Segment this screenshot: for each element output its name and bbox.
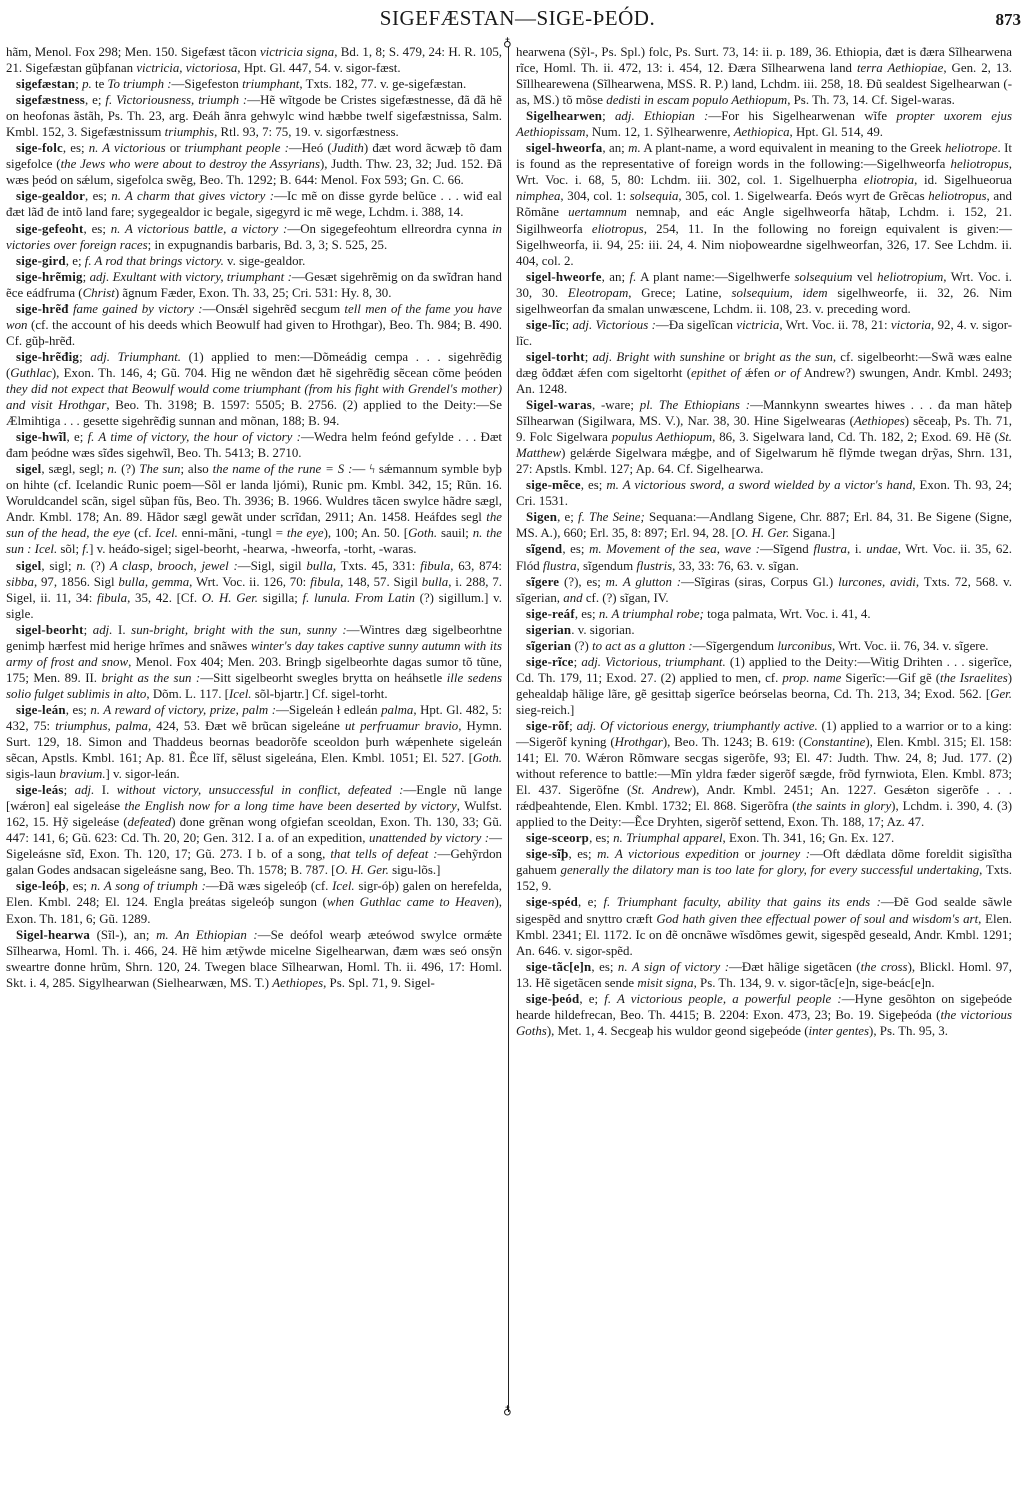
running-head-title: SIGEFÆSTAN—SIGE-ÞEÓD.	[0, 6, 1035, 31]
italic-text: n.	[76, 559, 86, 573]
italic-text: triumphus, palma	[55, 719, 148, 733]
italic-text: n.	[108, 462, 118, 476]
italic-text: the eye	[287, 526, 324, 540]
italic-text: adj. Victorious :	[572, 318, 655, 332]
italic-text: m. A victorious expedition	[597, 847, 739, 861]
entry-text: —Sigeleán ł edleán	[276, 703, 381, 717]
headword: sigel	[16, 462, 41, 476]
entry-text: ǽfen	[740, 366, 774, 380]
headword: sige-hrẽmig	[16, 270, 83, 284]
entry-text: (?), es;	[559, 575, 605, 589]
italic-text: uertamnum	[568, 205, 627, 219]
entry-text: , Grece; Latine,	[628, 286, 731, 300]
dictionary-entry: sige-tãc[e]n, es; n. A sign of victory :…	[516, 959, 1012, 991]
headword: sĩgerian	[526, 639, 571, 653]
entry-continuation: hãm, Menol. Fox 298; Men. 150. Sigefæst …	[6, 44, 502, 76]
italic-text: bright as the sun	[744, 350, 833, 364]
italic-text: f. Victoriousness, triumph :	[105, 93, 247, 107]
entry-text: sõl-bjartr.] Cf. sigel-torht.	[252, 687, 388, 701]
dictionary-entry: sige-hrẽđig; adj. Triumphant. (1) applie…	[6, 349, 502, 429]
italic-text: adj. Ethiopian :	[615, 109, 708, 123]
headword: Sigel-hearwa	[16, 928, 90, 942]
italic-text: victricia	[736, 318, 779, 332]
italic-text: undae	[866, 542, 898, 556]
entry-text: , es;	[562, 542, 589, 556]
headword: sigel	[16, 559, 41, 573]
headword: sĩgere	[526, 575, 559, 589]
dictionary-entry: sige-leán, es; n. A reward of victory, p…	[6, 702, 502, 782]
entry-text: , Rtl. 93, 7: 75, 19. v. sigorfæstness.	[214, 125, 399, 139]
entry-text: ;	[79, 350, 90, 364]
entry-text: , Ps. Th. 73, 14. Cf. Sigel-waras.	[787, 93, 955, 107]
italic-text: victricia, victoriosa	[136, 61, 237, 75]
dictionary-entry: sigel-torht; adj. Bright with sunshine o…	[516, 349, 1012, 397]
headword: sigel-torht	[526, 350, 585, 364]
headword: Sigel-waras	[526, 398, 592, 412]
italic-text: generally the dilatory man is too late f…	[561, 863, 980, 877]
entry-text: ), Exon. Th. 146, 4; Gũ. 704. Hig ne wẽn…	[52, 366, 502, 380]
dictionary-entry: sĩgere (?), es; m. A glutton :—Sĩgiras (…	[516, 574, 1012, 606]
entry-text: —Sigl, sigil	[238, 559, 307, 573]
entry-text: . v. sigorian.	[571, 623, 634, 637]
italic-text: ut perfruamur bravio	[345, 719, 458, 733]
italic-text: fibula	[310, 575, 340, 589]
entry-text: , id. Sigelhueorua	[914, 173, 1012, 187]
dictionary-entry: sige-sĩþ, es; m. A victorious expedition…	[516, 846, 1012, 894]
entry-text: , 97, 1856. Sigl	[34, 575, 118, 589]
entry-text: , e;	[578, 895, 604, 909]
italic-text: n. A reward of victory, prize, palm :	[90, 703, 276, 717]
italic-text: lurconibus	[777, 639, 832, 653]
dictionary-entry: sige-rĩce; adj. Victorious, triumphant. …	[516, 654, 1012, 718]
entry-text: , es;	[568, 847, 597, 861]
entry-text: —For his Sigelhearwenan wĩfe	[708, 109, 896, 123]
italic-text: Goth.	[408, 526, 437, 540]
headword: Sigelhearwen	[526, 109, 602, 123]
entry-text: ), Beo. Th. 1243; B. 619: (	[663, 735, 803, 749]
italic-text: heliotrope	[945, 141, 998, 155]
entry-text: sigilla;	[258, 591, 302, 605]
headword: sige-leán	[16, 703, 66, 717]
italic-text: the saints in glory	[796, 799, 891, 813]
entry-text: ) ãgnum Fæder, Exon. Th. 33, 25; Cri. 53…	[115, 286, 392, 300]
italic-text: eliotropia	[864, 173, 914, 187]
italic-text: f. Triumphant faculty, ability that gain…	[603, 895, 880, 909]
entry-text: hãm, Menol. Fox 298; Men. 150. Sigefæst …	[6, 45, 260, 59]
dictionary-entry: sigel-hweorfa, an; m. A plant-name, a wo…	[516, 140, 1012, 268]
dictionary-entry: sige-gird, e; f. A rod that brings victo…	[6, 253, 502, 269]
dictionary-entry: sige-hwĩl, e; f. A time of victory, the …	[6, 429, 502, 461]
italic-text: dedisti in escam populo Aethiopum	[606, 93, 787, 107]
entry-text: , 424, 53. Đæt wẽ brũcan sigeleáne	[148, 719, 345, 733]
italic-text: Icel.	[332, 879, 355, 893]
entry-text: , Exon. Th. 341, 16; Gn. Ex. 127.	[723, 831, 895, 845]
italic-text: flustra	[813, 542, 847, 556]
italic-text: Icel.	[155, 526, 178, 540]
dictionary-entry: Sigen, e; f. The Seine; Sequana:—Andlang…	[516, 509, 1012, 541]
italic-text: adj.	[93, 623, 113, 637]
italic-text: m. A glutton :	[606, 575, 681, 589]
italic-text: bravium.	[59, 767, 105, 781]
headword: sige-gird	[16, 254, 66, 268]
entry-text: , es;	[84, 222, 111, 236]
ornament-icon: ♁	[503, 1404, 512, 1416]
headword: sigerian	[526, 623, 571, 637]
italic-text: victricia signa	[260, 45, 334, 59]
entry-text: , 33, 33: 76, 63. v. sĩgan.	[672, 559, 799, 573]
entry-text: —Sĩgiras (siras, Corpus Gl.)	[681, 575, 838, 589]
italic-text: unattended by victory :	[369, 831, 489, 845]
italic-text: lurcones, avidi	[838, 575, 916, 589]
italic-text: adj. Victorious, triumphant.	[581, 655, 725, 669]
entry-text: , e;	[579, 992, 604, 1006]
italic-text: heliotropium	[877, 270, 943, 284]
italic-text: The sun	[139, 462, 180, 476]
entry-text: , 148, 57. Sigil	[340, 575, 422, 589]
headword: sige-sĩþ	[526, 847, 568, 861]
entry-text: ), 100; An. 50. [	[324, 526, 409, 540]
italic-text: palma	[381, 703, 413, 717]
italic-text: Eleotropam	[568, 286, 628, 300]
entry-text: (Sĩl-), an;	[90, 928, 156, 942]
entry-text: —Đa sigelĩcan	[656, 318, 736, 332]
italic-text: or of	[774, 366, 800, 380]
headword: sige-spéd	[526, 895, 578, 909]
dictionary-entry: sigerian. v. sigorian.	[516, 622, 1012, 638]
entry-text: ), Ps. Th. 95, 3.	[869, 1024, 948, 1038]
italic-text: O. H. Ger.	[335, 863, 388, 877]
entry-text: toga palmata, Wrt. Voc. i. 41, 4.	[704, 607, 871, 621]
entry-text: , 86, 3. Sigelwara land, Cd. Th. 182, 2;…	[712, 430, 999, 444]
italic-text: when Guthlac came to Heaven	[327, 895, 495, 909]
entry-text: (?)	[86, 559, 110, 573]
headword: sige-leás	[16, 783, 64, 797]
italic-text: fibula	[97, 591, 127, 605]
dictionary-entry: sigel, sægl, segl; n. (?) The sun; also …	[6, 461, 502, 557]
italic-text: Judith	[332, 141, 364, 155]
dictionary-entry: sige-hrẽđ fame gained by victory :—Onsǽl…	[6, 301, 502, 349]
entry-text: , Wrt. Voc. ii. 76, 34. v. sĩgere.	[832, 639, 989, 653]
italic-text: prop. name	[782, 671, 841, 685]
entry-text: (cf. the account of his deeds which Beow…	[6, 318, 502, 348]
entry-text: (?)	[571, 639, 592, 653]
entry-text: , es;	[66, 879, 91, 893]
entry-text: ;	[602, 109, 615, 123]
page-header: SIGEFÆSTAN—SIGE-ÞEÓD. 873	[0, 4, 1035, 32]
italic-text: m. An Ethiopian :	[156, 928, 258, 942]
headword: sigel-hweorfa	[526, 141, 602, 155]
entry-text: , 63, 874:	[450, 559, 502, 573]
italic-text: bulla, gemma	[118, 575, 189, 589]
italic-text: Hrothgar	[615, 735, 663, 749]
dictionary-entry: sige-leóþ, es; n. A song of triumph :—Đã…	[6, 878, 502, 926]
italic-text: epithet of	[691, 366, 740, 380]
italic-text: adj.	[75, 783, 95, 797]
entry-text: sieg-reich.]	[516, 703, 574, 717]
entry-text: ] v. heáđo-sigel; sigel-beorht, -hearwa,…	[89, 542, 416, 556]
entry-text: (?)	[117, 462, 139, 476]
headword: sige-sceorp	[526, 831, 589, 845]
entry-text: —Onsǽl sigehrẽđ secgum	[203, 302, 345, 316]
entry-text: ] v. sigor-leán.	[106, 767, 180, 781]
entry-text: or	[739, 847, 761, 861]
entry-text: , 35, 42. [Cf.	[127, 591, 202, 605]
entry-text: vel	[853, 270, 878, 284]
italic-text: without victory, unsuccessful in conflic…	[117, 783, 404, 797]
entry-text: , Hpt. Gl. 447, 54. v. sigor-fæst.	[237, 61, 400, 75]
italic-text: sibba	[6, 575, 34, 589]
dictionary-entry: sige-leás; adj. I. without victory, unsu…	[6, 782, 502, 878]
dictionary-entry: sige-sceorp, es; n. Triumphal apparel, E…	[516, 830, 1012, 846]
headword: sigel-beorht	[16, 623, 84, 637]
italic-text: heliotropus	[951, 157, 1009, 171]
entry-text: , an;	[602, 141, 628, 155]
headword: sige-hrẽđ	[16, 302, 69, 316]
entry-text: I.	[112, 623, 131, 637]
italic-text: Icel.	[229, 687, 252, 701]
italic-text: n. A charm that gives victory :	[111, 189, 274, 203]
dictionary-entry: sĩgerian (?) to act as a glutton :—Sĩger…	[516, 638, 1012, 654]
entry-text: ;	[64, 783, 75, 797]
italic-text: and	[563, 591, 582, 605]
entry-text: , Ps. Th. 134, 9. v. sigor-tãc[e]n, sige…	[694, 976, 935, 990]
entry-text: te	[92, 77, 108, 91]
dictionary-entry: sĩgend, es; m. Movement of the sea, wave…	[516, 541, 1012, 573]
italic-text: n. A victorious	[89, 141, 166, 155]
entry-text: , es;	[575, 607, 599, 621]
headword: sige-folc	[16, 141, 63, 155]
italic-text: sun-bright, bright with the sun, sunny :	[131, 623, 347, 637]
entry-text: , e;	[67, 430, 88, 444]
entry-text: sigu-lõs.]	[389, 863, 441, 877]
dictionary-entry: sige-gealdor, es; n. A charm that gives …	[6, 188, 502, 220]
italic-text: f. lunula. From Latin	[303, 591, 415, 605]
entry-text: —Sĩgergendum	[693, 639, 778, 653]
italic-text: m.	[628, 141, 641, 155]
entry-text: , Ps. Spl. 71, 9. Sigel-	[323, 976, 435, 990]
italic-text: defeated	[128, 815, 172, 829]
entry-text: , es;	[63, 141, 89, 155]
headword: sĩgend	[526, 542, 562, 556]
italic-text: Christ	[83, 286, 115, 300]
italic-text: solsequium	[794, 270, 852, 284]
entry-continuation: hearwena (Sỹl-, Ps. Spl.) folc, Ps. Surt…	[516, 44, 1012, 108]
dictionary-entry: sige-reáf, es; n. A triumphal robe; toga…	[516, 606, 1012, 622]
headword: Sigen	[526, 510, 557, 524]
italic-text: solsequium, idem	[731, 286, 827, 300]
italic-text: adj. Bright with sunshine	[592, 350, 724, 364]
italic-text: Ger.	[990, 687, 1012, 701]
entry-text: , Hpt. Gl. 514, 49.	[790, 125, 883, 139]
italic-text: the English now for a long time have bee…	[125, 799, 457, 813]
headword: sige-leóþ	[16, 879, 66, 893]
italic-text: fame gained by victory :	[73, 302, 203, 316]
headword: sige-lĩc	[526, 318, 566, 332]
entry-text: or	[166, 141, 185, 155]
dictionary-entry: sige-gefeoht, es; n. A victorious battle…	[6, 221, 502, 253]
headword: sigel-hweorfe	[526, 270, 602, 284]
italic-text: St. Andrew	[631, 783, 692, 797]
entry-text: , sĩgendum	[577, 559, 637, 573]
entry-text: sigis-laun	[6, 767, 59, 781]
entry-text: I.	[94, 783, 116, 797]
italic-text: the Israelites	[940, 671, 1008, 685]
entry-text: ;	[84, 623, 93, 637]
italic-text: pl. The Ethiopians :	[640, 398, 750, 412]
italic-text: O. H. Ger.	[202, 591, 258, 605]
italic-text: that tells of defeat :	[330, 847, 437, 861]
entry-text: —Sitt sigelbeorht swegles brytta on heáh…	[200, 671, 447, 685]
entry-text: —Sigefeston	[172, 77, 243, 91]
italic-text: flustris	[636, 559, 672, 573]
italic-text: n. A song of triumph :	[91, 879, 206, 893]
page-number: 873	[996, 10, 1022, 30]
headword: sige-rõf	[526, 719, 569, 733]
italic-text: bulla	[306, 559, 333, 573]
italic-text: terra Aethiopiae	[857, 61, 943, 75]
italic-text: solsequia	[630, 189, 679, 203]
italic-text: p.	[82, 77, 92, 91]
entry-text: —Đã wæs sigeleóþ (cf.	[206, 879, 332, 893]
entry-text: , an;	[602, 270, 630, 284]
italic-text: n. A triumphal robe;	[599, 607, 704, 621]
italic-text: misit signa	[637, 976, 693, 990]
headword: sige-gealdor	[16, 189, 85, 203]
dictionary-entry: sige-spéd, e; f. Triumphant faculty, abi…	[516, 894, 1012, 958]
italic-text: A clasp, brooch, jewel :	[110, 559, 238, 573]
italic-text: inter gentes	[809, 1024, 870, 1038]
italic-text: victoria	[891, 318, 931, 332]
italic-text: flustra	[543, 559, 577, 573]
entry-text: v. sige-gealdor.	[224, 254, 306, 268]
headword: sige-hrẽđig	[16, 350, 79, 364]
italic-text: f. A time of victory, the hour of victor…	[88, 430, 301, 444]
entry-text: —On sigegefeohtum ellreordra cynna	[287, 222, 492, 236]
italic-text: n. Triumphal apparel	[613, 831, 722, 845]
entry-text: , Dõm. L. 117. [	[146, 687, 229, 701]
italic-text: bright as the sun :	[101, 671, 200, 685]
entry-text: A plant-name, a word equivalent in meani…	[641, 141, 945, 155]
entry-text: , 304, col. 1:	[560, 189, 629, 203]
left-column: hãm, Menol. Fox 298; Men. 150. Sigefæst …	[6, 44, 502, 991]
italic-text: n. A victorious battle, a victory :	[111, 222, 288, 236]
dictionary-entry: Sigel-waras, -ware; pl. The Ethiopians :…	[516, 397, 1012, 477]
italic-text: eliotropus	[592, 222, 644, 236]
headword: sige-reáf	[526, 607, 575, 621]
entry-text: , i.	[847, 542, 866, 556]
entry-text: , Txts. 182, 77. v. ge-sigefæstan.	[299, 77, 466, 91]
dictionary-entry: Sigelhearwen; adj. Ethiopian :—For his S…	[516, 108, 1012, 140]
italic-text: To triumph :	[108, 77, 172, 91]
entry-text: , Wrt. Voc. ii. 126, 70:	[189, 575, 310, 589]
dictionary-entry: sigefæstan; p. te To triumph :—Sigefesto…	[6, 76, 502, 92]
dictionary-entry: sige-hrẽmig; adj. Exultant with victory,…	[6, 269, 502, 301]
entry-text: ;	[83, 270, 90, 284]
italic-text: nimphea	[516, 189, 560, 203]
italic-text: Guthlac	[10, 366, 52, 380]
italic-text: m. A victorious sword, a sword wielded b…	[606, 478, 912, 492]
dictionary-entry: sige-þeód, e; f. A victorious people, a …	[516, 991, 1012, 1039]
entry-text: —Heó (	[289, 141, 332, 155]
italic-text: fibula	[420, 559, 450, 573]
entry-text: , es;	[66, 703, 91, 717]
headword: sige-tãc[e]n	[526, 960, 591, 974]
italic-text: n. A sign of victory :	[618, 960, 729, 974]
entry-text: , -ware;	[592, 398, 640, 412]
entry-text: , es;	[581, 478, 607, 492]
entry-text: ; also	[180, 462, 212, 476]
italic-text: to act as a glutton :	[592, 639, 693, 653]
italic-text: f. A rod that brings victory.	[85, 254, 224, 268]
dictionary-entry: sige-folc, es; n. A victorious or triump…	[6, 140, 502, 188]
italic-text: f. A victorious people, a powerful peopl…	[604, 992, 841, 1006]
entry-text: ) gelǽrde Sigelwara mǽgþe, and of Sigelw…	[516, 446, 1012, 476]
entry-text: , 305, col. 1. Sigelwearfa. Đeós wyrt đe…	[678, 189, 928, 203]
italic-text: Aethiopes	[854, 414, 905, 428]
italic-text: the cross	[861, 960, 908, 974]
italic-text: adj. Triumphant.	[90, 350, 181, 364]
dictionary-entry: sigefæstness, e; f. Victoriousness, triu…	[6, 92, 502, 140]
dictionary-entry: sige-mẽce, es; m. A victorious sword, a …	[516, 477, 1012, 509]
entry-text: , sigl;	[41, 559, 76, 573]
headword: sige-hwĩl	[16, 430, 67, 444]
entry-text: , es;	[591, 960, 618, 974]
entry-text: (cf.	[130, 526, 155, 540]
entry-text: , Wrt. Voc. ii. 78, 21:	[779, 318, 891, 332]
entry-text: sauil;	[437, 526, 473, 540]
entry-text: , es;	[589, 831, 613, 845]
italic-text: O. H. Ger.	[736, 526, 789, 540]
italic-text: f. The Seine;	[578, 510, 645, 524]
entry-text: —Đæt hãlige sigetãcen (	[729, 960, 861, 974]
italic-text: heliotropus	[928, 189, 986, 203]
dictionary-entry: sigel-hweorfe, an; f. A plant name:—Sige…	[516, 269, 1012, 317]
dictionary-entry: sige-lĩc; adj. Victorious :—Đa sigelĩcan…	[516, 317, 1012, 349]
italic-text: populus Aethiopum	[612, 430, 712, 444]
entry-text: , e;	[85, 93, 105, 107]
headword: sige-mẽce	[526, 478, 581, 492]
italic-text: bulla	[422, 575, 449, 589]
entry-text: —Sĩgend	[760, 542, 813, 556]
entry-text: or	[725, 350, 744, 364]
entry-text: , es;	[85, 189, 111, 203]
italic-text: Aethiopes	[272, 976, 323, 990]
entry-text: , Txts. 45, 331:	[333, 559, 420, 573]
headword: sige-gefeoht	[16, 222, 84, 236]
entry-text: ; in expugnandis barbaris, Bd. 3, 3; S. …	[148, 238, 388, 252]
right-column: hearwena (Sỹl-, Ps. Spl.) folc, Ps. Surt…	[516, 44, 1012, 1039]
italic-text: Constantine	[803, 735, 865, 749]
entry-text: Sigerĩc:—Gif gẽ (	[841, 671, 940, 685]
italic-text: m. Movement of the sea, wave :	[589, 542, 760, 556]
entry-text: enni-mãni, -tungl =	[178, 526, 287, 540]
headword: sigefæstness	[16, 93, 85, 107]
headword: sige-þeód	[526, 992, 579, 1006]
entry-text: , e;	[66, 254, 85, 268]
entry-text: Sigana.]	[789, 526, 835, 540]
italic-text: triumphis	[165, 125, 214, 139]
column-divider	[508, 46, 509, 1412]
italic-text: the Jews who were about to destroy the A…	[61, 157, 320, 171]
entry-text: ), Met. 1, 4. Secgeaþ his wuldor geond s…	[547, 1024, 809, 1038]
entry-text: , sægl, segl;	[41, 462, 107, 476]
entry-text: , e;	[557, 510, 578, 524]
italic-text: adj. Exultant with victory, triumphant :	[90, 270, 292, 284]
italic-text: Goth.	[473, 751, 502, 765]
italic-text: the name of the rune = S :	[213, 462, 353, 476]
entry-text: cf. (?) sĩgan, IV.	[583, 591, 669, 605]
italic-text: journey :	[761, 847, 810, 861]
